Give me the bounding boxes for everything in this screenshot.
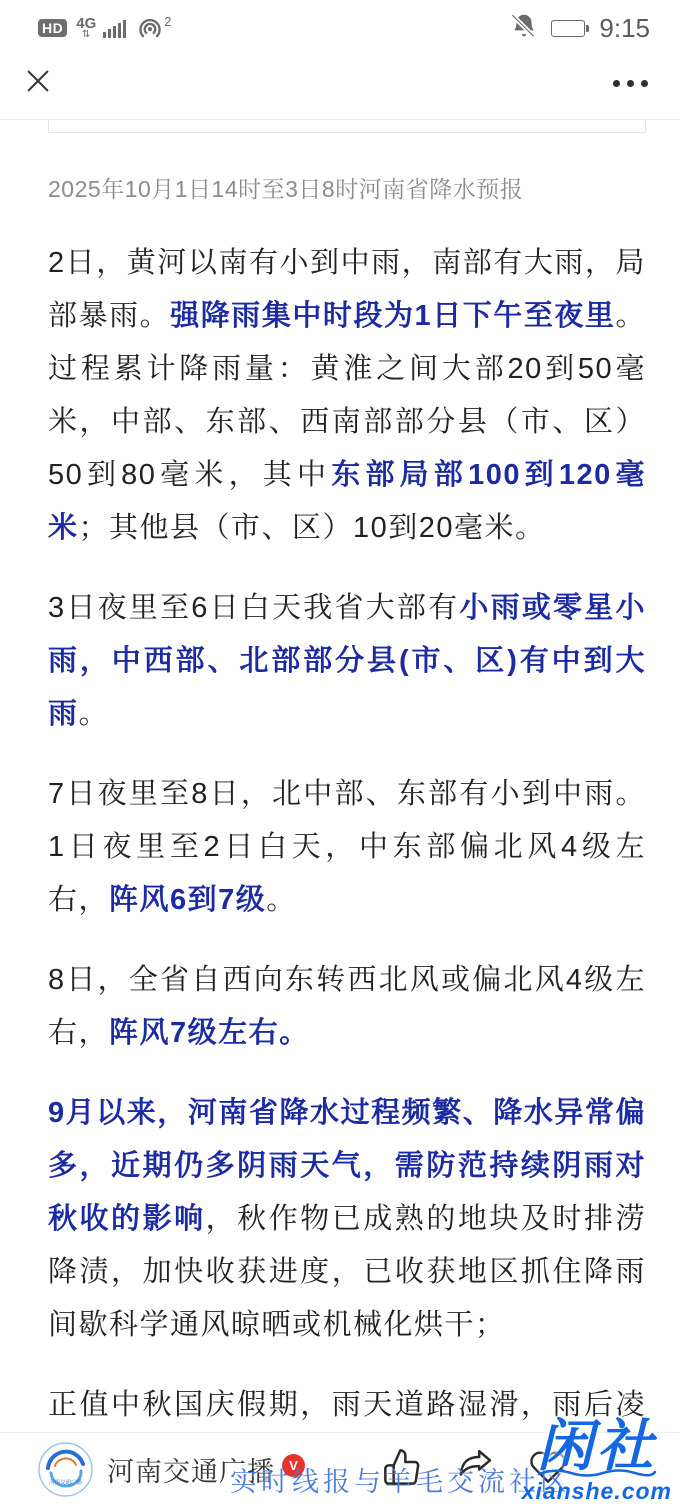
forecast-paragraph-2: 3日夜里至6日白天我省大部有小雨或零星小雨，中西部、北部部分县(市、区)有中到大… xyxy=(48,582,646,741)
emphasis-text: 强降雨集中时段为1日下午至夜里 xyxy=(170,300,615,332)
forecast-title: 2025年10月1日14时至3日8时河南省降水预报 xyxy=(48,171,646,204)
forecast-paragraph-4: 8日，全省自西向东转西北风或偏北风4级左右，阵风7级左右。 xyxy=(48,954,646,1060)
close-icon xyxy=(24,67,52,100)
emphasis-text: 阵风6到7级 xyxy=(109,884,266,916)
status-right-cluster: 9:15 xyxy=(509,11,650,46)
network-updown-arrows-icon: ⇅ xyxy=(82,30,90,40)
phone-screen: HD 4G ⇅ 2 xyxy=(0,0,680,1511)
more-options-button[interactable] xyxy=(611,70,650,97)
body-text: 。 xyxy=(266,884,297,916)
hotspot-count: 2 xyxy=(164,14,171,29)
signal-bars-icon xyxy=(101,18,126,38)
svg-text:河南交通广播: 河南交通广播 xyxy=(49,1478,83,1486)
hotspot-icon: 2 xyxy=(136,14,171,42)
emphasis-text: 阵风7级左右。 xyxy=(109,1017,310,1049)
article-body: 2025年10月1日14时至3日8时河南省降水预报 2日，黄河以南有小到中雨，南… xyxy=(0,133,680,1485)
mute-bell-icon xyxy=(509,11,539,46)
forecast-paragraph-5: 9月以来，河南省降水过程频繁、降水异常偏多，近期仍多阴雨天气，需防范持续阴雨对秋… xyxy=(48,1087,646,1352)
close-button[interactable] xyxy=(22,67,54,99)
webview-header xyxy=(0,50,680,116)
body-text: ；其他县（市、区）10到20毫米。 xyxy=(79,512,546,544)
hd-badge: HD xyxy=(38,19,67,37)
forecast-paragraph-1: 2日，黄河以南有小到中雨，南部有大雨，局部暴雨。强降雨集中时段为1日下午至夜里。… xyxy=(48,237,646,555)
battery-icon xyxy=(551,20,589,37)
account-logo: 河南交通广播 xyxy=(38,1442,93,1497)
article-content: 2025年10月1日14时至3日8时河南省降水预报 2日，黄河以南有小到中雨，南… xyxy=(0,119,680,1511)
body-text: 3日夜里至6日白天我省大部有 xyxy=(48,592,459,624)
clock-time: 9:15 xyxy=(599,13,650,44)
status-bar: HD 4G ⇅ 2 xyxy=(0,0,680,50)
more-dots-icon xyxy=(613,80,648,87)
body-text: 。 xyxy=(79,698,110,730)
watermark-tagline: 实时线报与羊毛交流社区 xyxy=(230,1460,571,1499)
forecast-paragraph-3: 7日夜里至8日，北中部、东部有小到中雨。1日夜里至2日白天，中东部偏北风4级左右… xyxy=(48,768,646,927)
status-left-cluster: HD 4G ⇅ 2 xyxy=(38,14,171,42)
clipped-element-bottom xyxy=(48,120,646,133)
network-type: 4G ⇅ xyxy=(76,16,96,40)
